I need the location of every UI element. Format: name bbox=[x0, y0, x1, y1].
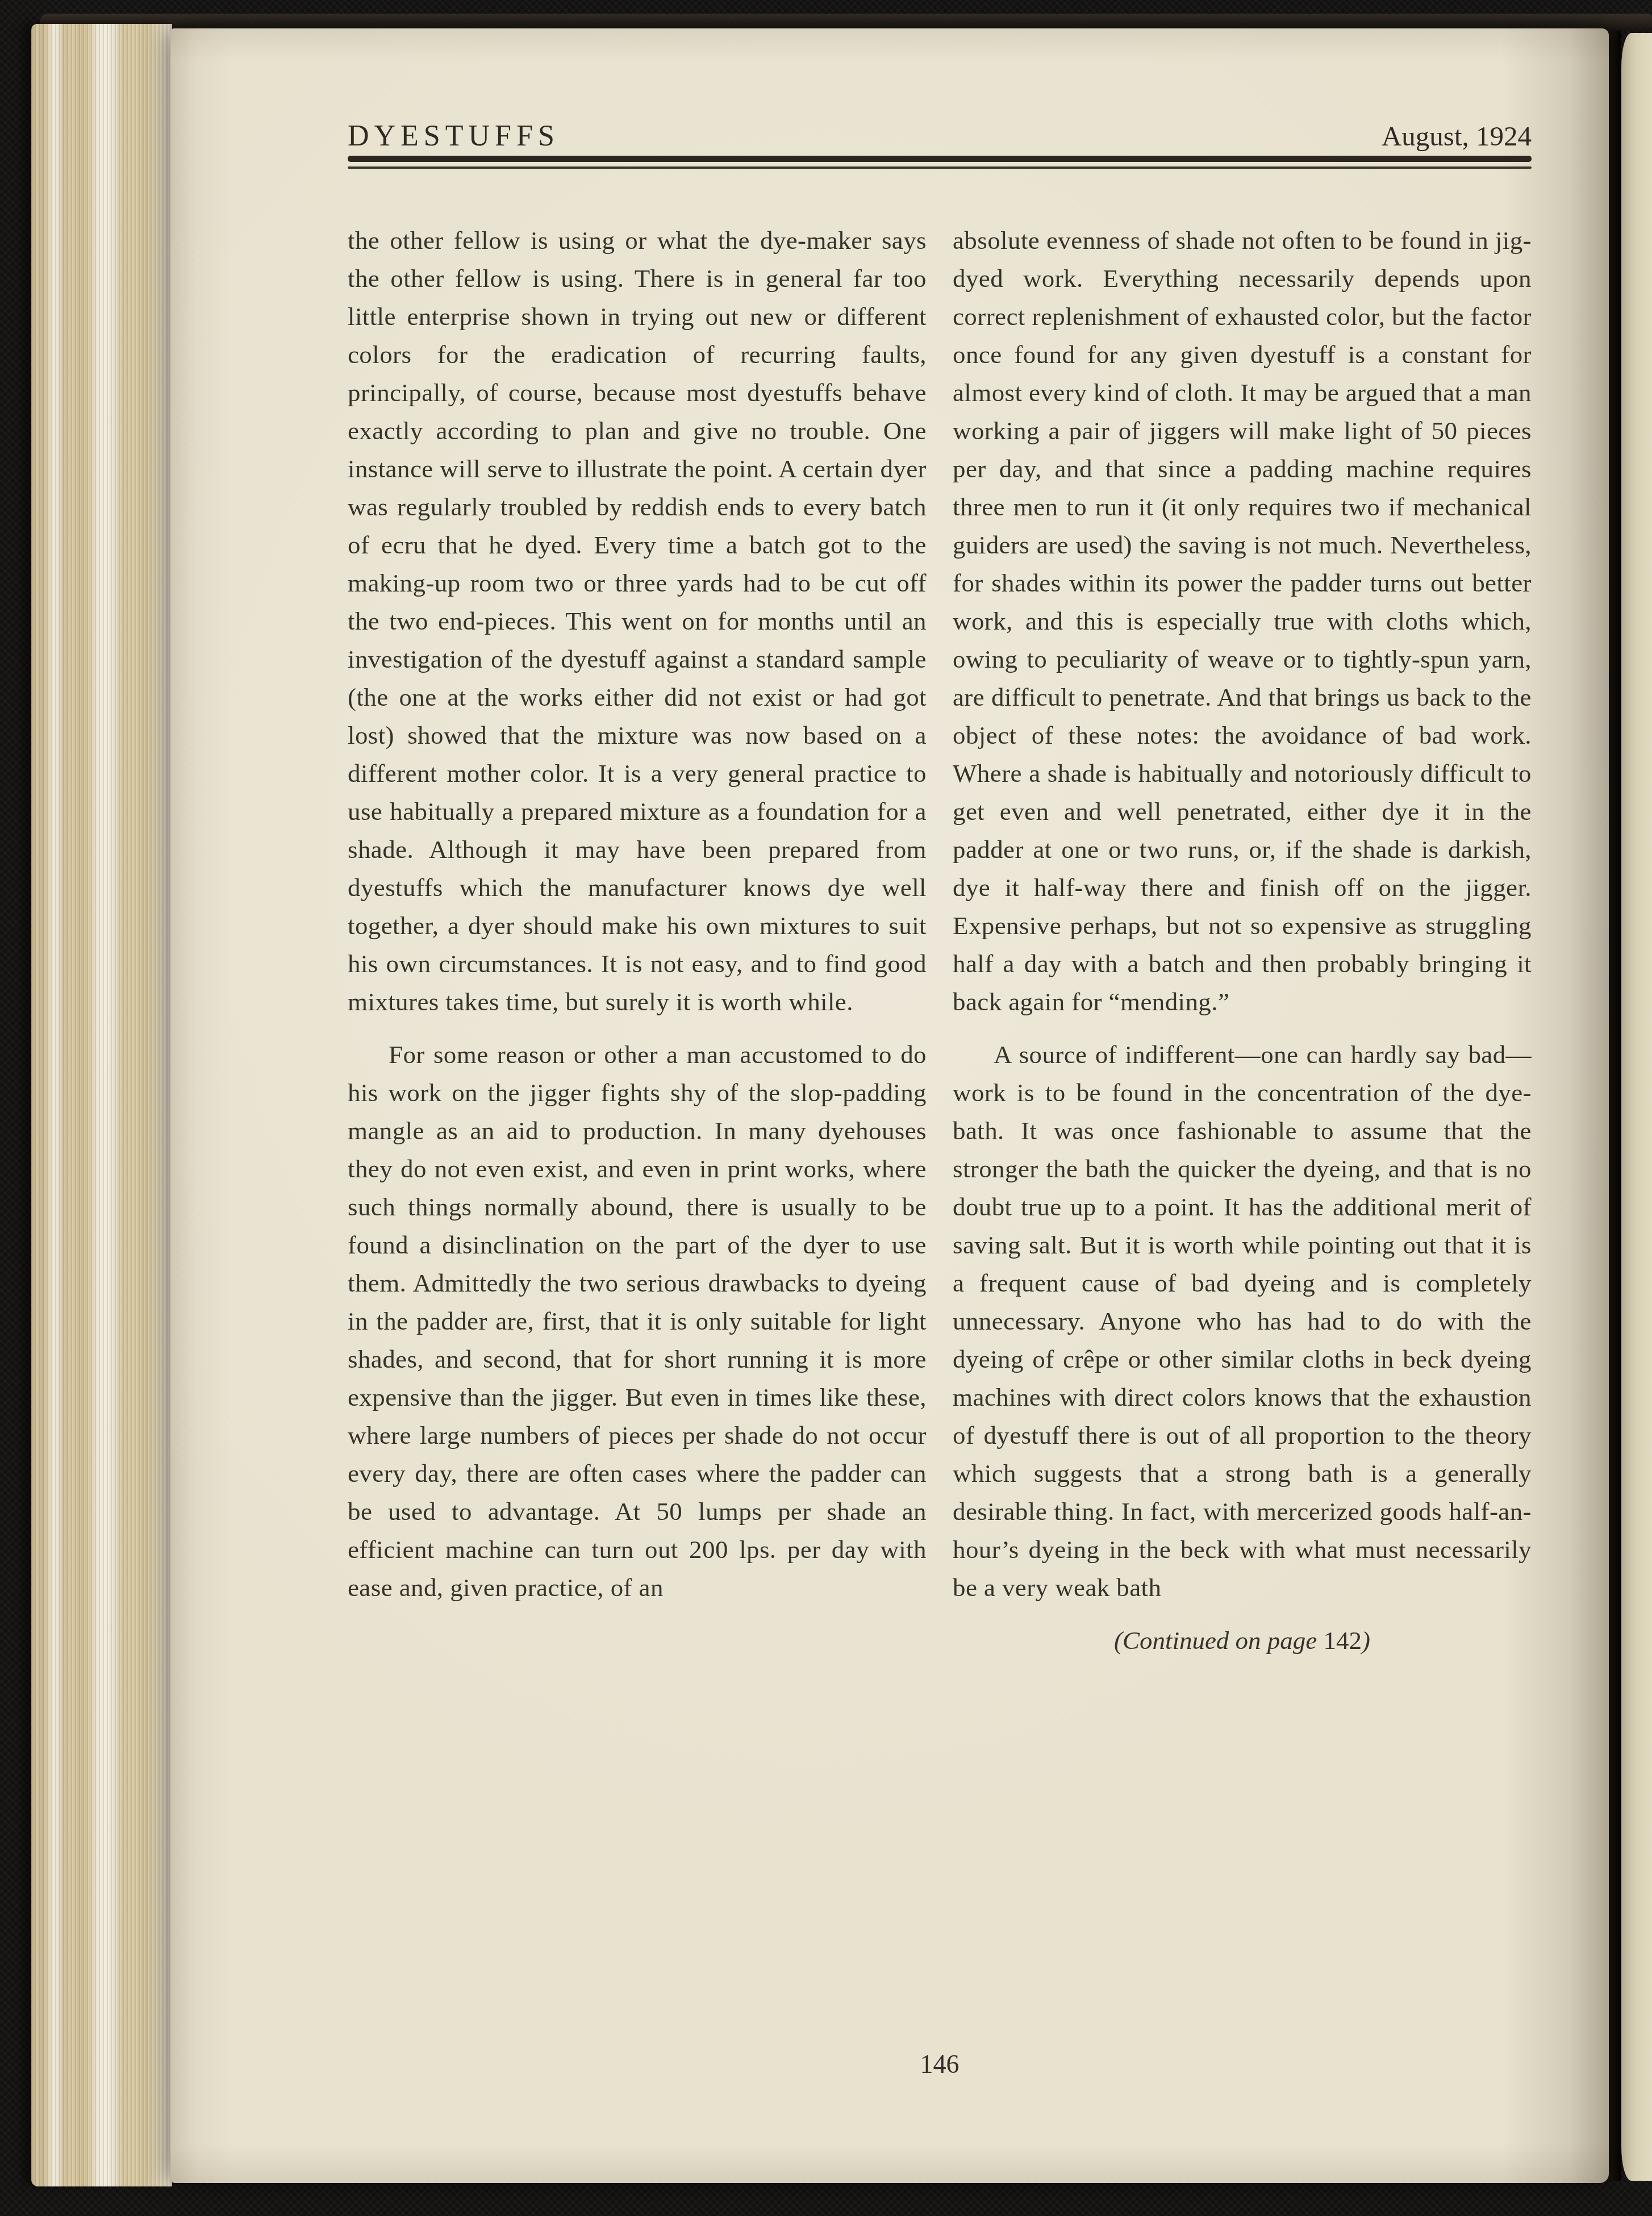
header-rule-thick bbox=[348, 156, 1532, 162]
left-column: the other fellow is using or what the dy… bbox=[348, 222, 927, 1660]
header-rule-thin bbox=[348, 166, 1532, 169]
continuation-target-page-number: 142 bbox=[1324, 1626, 1362, 1655]
paragraph: A source of indifferent—one can hardly s… bbox=[953, 1036, 1532, 1607]
adjacent-page-edge bbox=[1621, 33, 1652, 2181]
running-header: DYESTUFFS August, 1924 bbox=[348, 119, 1532, 153]
right-column: absolute evenness of shade not often to … bbox=[953, 222, 1532, 1660]
book-photo: DYESTUFFS August, 1924 the other fellow … bbox=[0, 0, 1652, 2216]
paragraph: For some reason or other a man accustome… bbox=[348, 1036, 927, 1607]
issue-date: August, 1924 bbox=[1382, 120, 1532, 152]
page-number: 146 bbox=[348, 2049, 1532, 2079]
magazine-page: DYESTUFFS August, 1924 the other fellow … bbox=[170, 28, 1609, 2183]
continuation-notice: (Continued on page 142) bbox=[953, 1622, 1532, 1660]
journal-title: DYESTUFFS bbox=[348, 119, 560, 153]
paragraph-column-continuation: absolute evenness of shade not often to … bbox=[953, 222, 1532, 1021]
paragraph-continued-from-previous-page: the other fellow is using or what the dy… bbox=[348, 222, 927, 1021]
book-page-edges-stack bbox=[31, 24, 172, 2186]
article-body: the other fellow is using or what the dy… bbox=[348, 222, 1532, 1660]
continuation-text: (Continued on page bbox=[1114, 1626, 1324, 1655]
continuation-closing-paren: ) bbox=[1362, 1626, 1370, 1655]
